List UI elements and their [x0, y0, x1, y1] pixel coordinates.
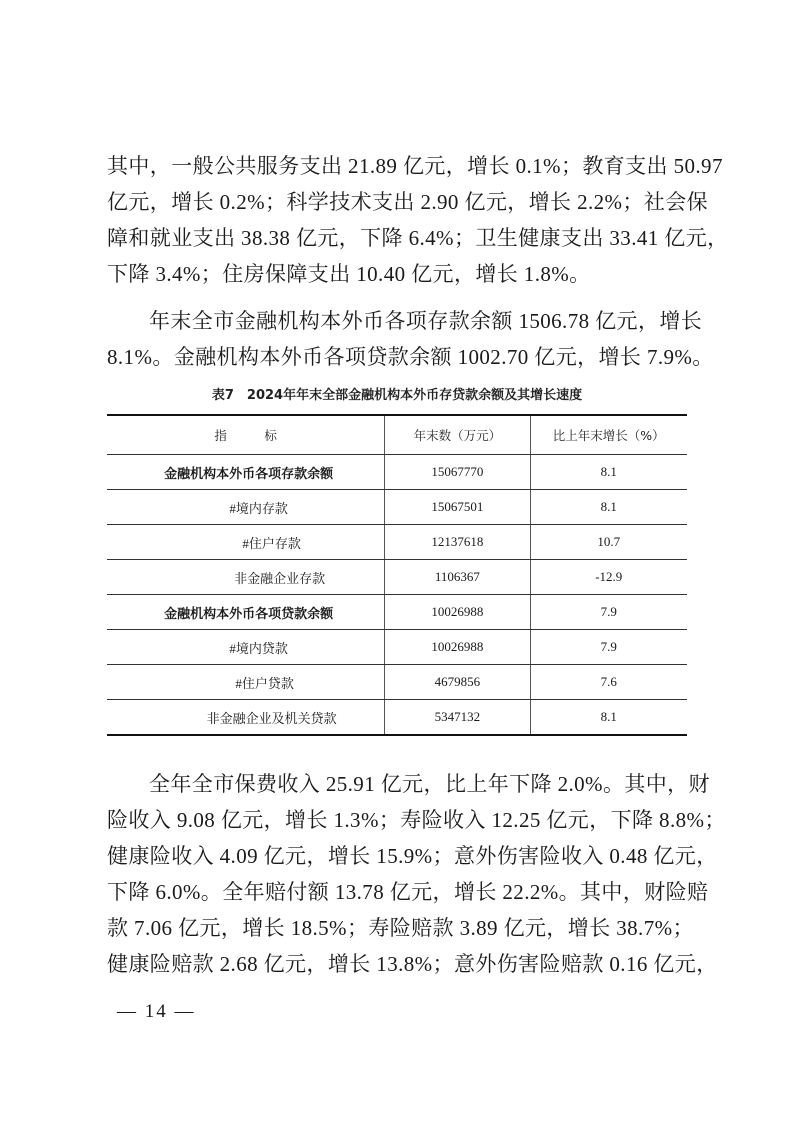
row-label: 金融机构本外币各项贷款余额 — [107, 595, 385, 630]
row-label: 金融机构本外币各项存款余额 — [107, 455, 385, 490]
text-line: 亿元，增长 0.2%；科学技术支出 2.90 亿元，增长 2.2%；社会保 — [107, 184, 689, 220]
text-line: 下降 6.0%。全年赔付额 13.78 亿元，增长 22.2%。其中，财险赔 — [107, 874, 689, 910]
row-growth: 7.9 — [530, 595, 687, 630]
text-line: 健康险收入 4.09 亿元，增长 15.9%；意外伤害险收入 0.48 亿元， — [107, 838, 689, 874]
row-value: 12137618 — [385, 525, 530, 560]
text-line: 全年全市保费收入 25.91 亿元，比上年下降 2.0%。其中，财 — [107, 766, 689, 802]
table-row: #境内存款 15067501 8.1 — [107, 490, 687, 525]
text-line: 健康险赔款 2.68 亿元，增长 13.8%；意外伤害险赔款 0.16 亿元， — [107, 946, 689, 982]
text-line: 款 7.06 亿元，增长 18.5%；寿险赔款 3.89 亿元，增长 38.7%… — [107, 910, 689, 946]
text-line: 年末全市金融机构本外币各项存款余额 1506.78 亿元，增长 — [107, 303, 689, 339]
row-label: #境内存款 — [107, 490, 385, 525]
text-line: 下降 3.4%；住房保障支出 10.40 亿元，增长 1.8%。 — [107, 256, 689, 292]
paragraph-deposits-loans: 年末全市金融机构本外币各项存款余额 1506.78 亿元，增长 8.1%。金融机… — [107, 303, 689, 375]
row-value: 15067770 — [385, 455, 530, 490]
row-value: 10026988 — [385, 630, 530, 665]
header-year-end-value: 年末数（万元） — [385, 415, 530, 455]
row-label: #住户存款 — [107, 525, 385, 560]
row-growth: 8.1 — [530, 490, 687, 525]
row-label: 非金融企业存款 — [107, 560, 385, 595]
row-value: 15067501 — [385, 490, 530, 525]
table-row: 金融机构本外币各项贷款余额 10026988 7.9 — [107, 595, 687, 630]
table-row: #住户贷款 4679856 7.6 — [107, 665, 687, 700]
text-line: 险收入 9.08 亿元，增长 1.3%；寿险收入 12.25 亿元，下降 8.8… — [107, 802, 689, 838]
header-growth: 比上年末增长（%） — [530, 415, 687, 455]
row-value: 4679856 — [385, 665, 530, 700]
row-growth: 7.9 — [530, 630, 687, 665]
row-value: 10026988 — [385, 595, 530, 630]
table-row: 非金融企业及机关贷款 5347132 8.1 — [107, 700, 687, 736]
table-header-row: 指 标 年末数（万元） 比上年末增长（%） — [107, 415, 687, 455]
row-label: #住户贷款 — [107, 665, 385, 700]
text-line: 8.1%。金融机构本外币各项贷款余额 1002.70 亿元，增长 7.9%。 — [107, 339, 689, 375]
row-label: 非金融企业及机关贷款 — [107, 700, 385, 736]
paragraph-fiscal-expenditure: 其中，一般公共服务支出 21.89 亿元，增长 0.1%；教育支出 50.97 … — [107, 148, 689, 292]
table-caption: 表7 2024年年末全部金融机构本外币存贷款余额及其增长速度 — [0, 384, 794, 403]
row-label: #境内贷款 — [107, 630, 385, 665]
table-row: 金融机构本外币各项存款余额 15067770 8.1 — [107, 455, 687, 490]
table-row: 非金融企业存款 1106367 -12.9 — [107, 560, 687, 595]
header-indicator: 指 标 — [107, 415, 385, 455]
row-growth: 7.6 — [530, 665, 687, 700]
row-value: 5347132 — [385, 700, 530, 736]
row-growth: 8.1 — [530, 700, 687, 736]
row-growth: -12.9 — [530, 560, 687, 595]
row-value: 1106367 — [385, 560, 530, 595]
deposit-loan-table: 指 标 年末数（万元） 比上年末增长（%） 金融机构本外币各项存款余额 1506… — [107, 414, 687, 736]
table-row: #住户存款 12137618 10.7 — [107, 525, 687, 560]
table-row: #境内贷款 10026988 7.9 — [107, 630, 687, 665]
text-line: 其中，一般公共服务支出 21.89 亿元，增长 0.1%；教育支出 50.97 — [107, 148, 689, 184]
text-line: 障和就业支出 38.38 亿元，下降 6.4%；卫生健康支出 33.41 亿元， — [107, 220, 689, 256]
page-number: — 14 — — [117, 1001, 196, 1023]
row-growth: 10.7 — [530, 525, 687, 560]
row-growth: 8.1 — [530, 455, 687, 490]
paragraph-insurance: 全年全市保费收入 25.91 亿元，比上年下降 2.0%。其中，财 险收入 9.… — [107, 766, 689, 982]
